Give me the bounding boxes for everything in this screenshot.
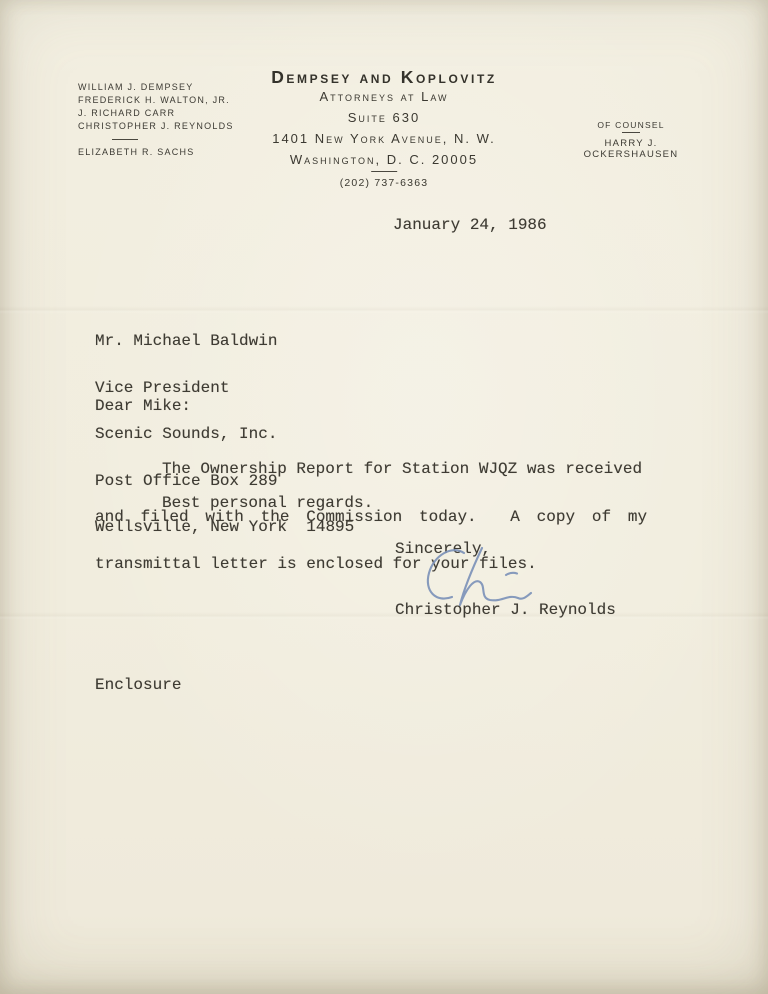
handwritten-signature-icon <box>410 545 534 609</box>
partner-name: WILLIAM J. DEMPSEY <box>78 81 234 94</box>
firm-profession: Attorneys at Law <box>320 91 449 103</box>
firm-suite: Suite 630 <box>348 112 420 124</box>
associate-name: ELIZABETH R. SACHS <box>78 146 234 159</box>
letter-date: January 24, 1986 <box>393 216 547 234</box>
body-line: transmittal letter is enclosed for your … <box>95 557 647 573</box>
firm-street-address: 1401 New York Avenue, N. W. <box>272 133 496 145</box>
partner-list-divider <box>112 139 138 140</box>
partner-name: J. RICHARD CARR <box>78 107 234 120</box>
of-counsel-label: OF COUNSEL <box>557 120 705 130</box>
salutation: Dear Mike: <box>95 397 191 415</box>
recipient-name: Mr. Michael Baldwin <box>95 334 354 350</box>
firm-city-address: Washington, D. C. 20005 <box>290 154 478 166</box>
firm-phone: (202) 737-6363 <box>340 177 429 189</box>
paper-crease <box>0 612 768 620</box>
of-counsel-divider <box>622 132 640 133</box>
signer-typed-name: Christopher J. Reynolds <box>395 601 616 619</box>
partner-name: CHRISTOPHER J. REYNOLDS <box>78 120 234 133</box>
letterhead-of-counsel-block: OF COUNSEL HARRY J. OCKERSHAUSEN <box>557 120 705 160</box>
letterhead-partner-list: WILLIAM J. DEMPSEY FREDERICK H. WALTON, … <box>78 81 234 159</box>
body-line: The Ownership Report for Station WJQZ wa… <box>95 462 647 478</box>
recipient-title: Vice President <box>95 381 354 397</box>
letter-document: WILLIAM J. DEMPSEY FREDERICK H. WALTON, … <box>0 0 768 994</box>
firm-name: Dempsey and Koplovitz <box>271 68 497 86</box>
body-paragraph: The Ownership Report for Station WJQZ wa… <box>95 431 647 604</box>
partner-name: FREDERICK H. WALTON, JR. <box>78 94 234 107</box>
regards-line: Best personal regards. <box>162 494 373 512</box>
enclosure-note: Enclosure <box>95 676 181 694</box>
letterhead-firm-block: Dempsey and Koplovitz Attorneys at Law S… <box>271 68 497 189</box>
of-counsel-name: HARRY J. OCKERSHAUSEN <box>557 138 705 160</box>
phone-divider <box>371 171 397 172</box>
